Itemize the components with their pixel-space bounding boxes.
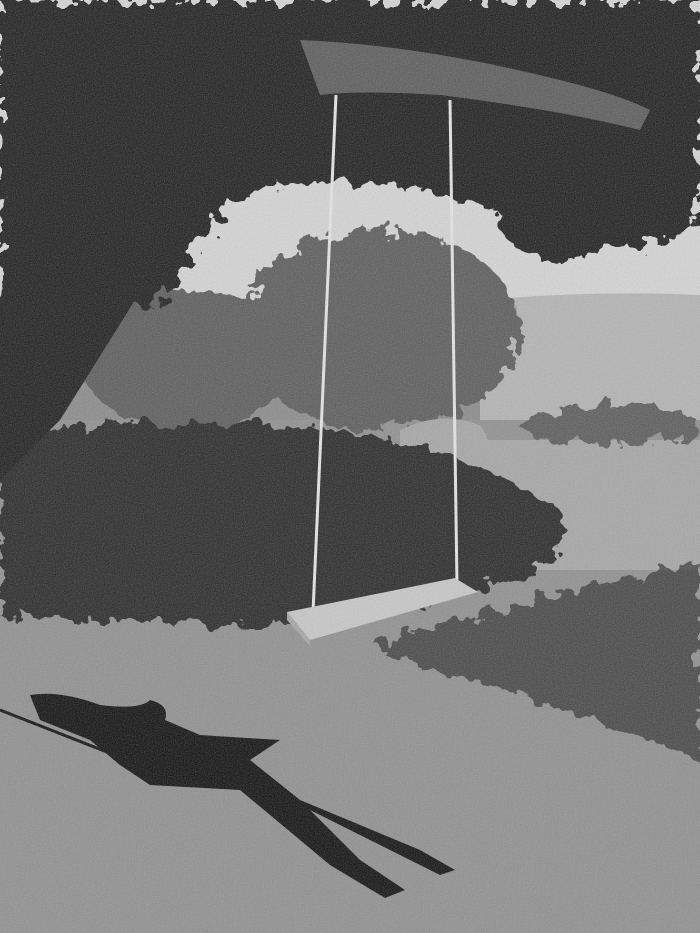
grain-overlay bbox=[0, 0, 700, 933]
photograph bbox=[0, 0, 700, 933]
scene bbox=[0, 0, 700, 933]
